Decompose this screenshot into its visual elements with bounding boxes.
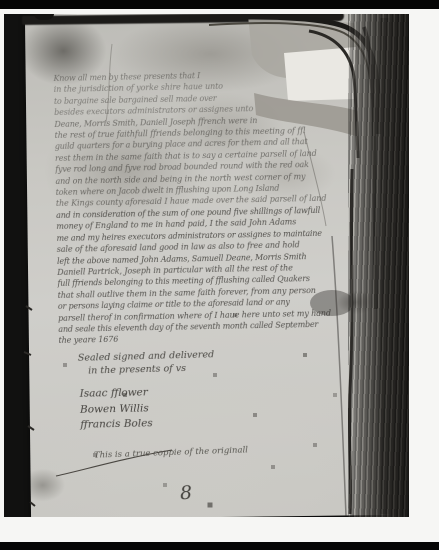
signature: Isaac fflower (80, 385, 153, 402)
signature: ffrancis Boles (80, 416, 153, 433)
ink-specks (4, 14, 6, 16)
attestation-clause: Sealed signed and delivered in the prese… (78, 348, 215, 378)
signature: Bowen Willis (80, 401, 153, 418)
book-fore-edge (348, 14, 409, 517)
page-number: 8 (179, 482, 193, 505)
manuscript-body-text: Know all men by these presents that I in… (53, 67, 362, 347)
manuscript-photograph: Know all men by these presents that I in… (4, 14, 409, 517)
witness-signatures: Isaac fflower Bowen Willis ffrancis Bole… (80, 385, 153, 433)
